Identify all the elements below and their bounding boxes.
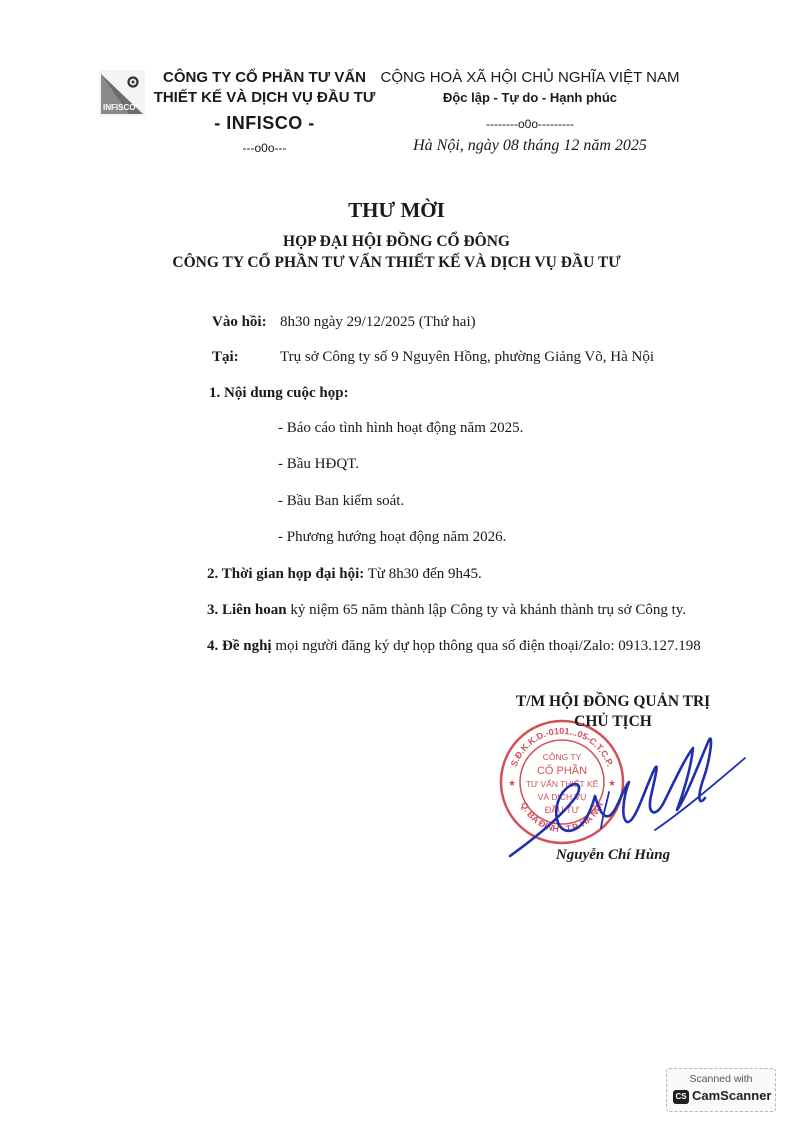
- signer-name: Nguyễn Chí Hùng: [498, 847, 728, 864]
- meeting-time-label: Vào hồi:: [212, 314, 280, 331]
- meeting-place-row: Tại:Trụ sở Công ty số 9 Nguyên Hồng, phư…: [212, 349, 654, 366]
- left-separator: ---o0o---: [147, 141, 382, 155]
- section-meeting-duration-label: 2. Thời gian họp đại hội:: [207, 566, 364, 582]
- section-registration-label: 4. Đề nghị: [207, 638, 272, 654]
- meeting-place-value: Trụ sở Công ty số 9 Nguyên Hồng, phường …: [280, 349, 654, 365]
- signatory-role: T/M HỘI ĐỒNG QUẢN TRỊ: [498, 693, 728, 711]
- section-meeting-duration-text: Từ 8h30 đến 9h45.: [364, 566, 481, 582]
- section-registration-text: mọi người đăng ký dự họp thông qua số đi…: [272, 638, 701, 654]
- section-agenda-heading: 1. Nội dung cuộc họp:: [209, 385, 349, 402]
- agenda-item: - Bầu HĐQT.: [278, 456, 359, 473]
- camscanner-logo-icon: CS: [673, 1090, 689, 1104]
- document-title: THƯ MỜI: [0, 198, 793, 223]
- national-title: CỘNG HOÀ XÃ HỘI CHỦ NGHĨA VIỆT NAM: [380, 69, 680, 86]
- camscanner-app-name: CamScanner: [692, 1088, 771, 1103]
- agenda-item: - Báo cáo tình hình hoạt động năm 2025.: [278, 420, 523, 437]
- svg-text:INFISCO: INFISCO: [103, 103, 135, 112]
- scanned-with-label: Scanned with: [667, 1073, 775, 1085]
- place-date: Hà Nội, ngày 08 tháng 12 năm 2025: [380, 137, 680, 155]
- company-short-name: - INFISCO -: [147, 113, 382, 134]
- handwritten-signature: [505, 718, 750, 863]
- agenda-item: - Phương hướng hoạt động năm 2026.: [278, 529, 506, 546]
- meeting-time-value: 8h30 ngày 29/12/2025 (Thứ hai): [280, 314, 476, 330]
- camscanner-watermark: Scanned with CS CamScanner: [666, 1068, 776, 1112]
- document-subtitle-2: CÔNG TY CỔ PHẦN TƯ VẤN THIẾT KẾ VÀ DỊCH …: [0, 254, 793, 272]
- section-celebration-text: kỷ niệm 65 năm thành lập Công ty và khán…: [287, 602, 686, 618]
- section-meeting-duration: 2. Thời gian họp đại hội: Từ 8h30 đến 9h…: [207, 566, 482, 583]
- national-motto: Độc lập - Tự do - Hạnh phúc: [380, 90, 680, 105]
- agenda-item: - Bầu Ban kiểm soát.: [278, 493, 404, 510]
- document-subtitle-1: HỌP ĐẠI HỘI ĐỒNG CỔ ĐÔNG: [0, 233, 793, 251]
- section-celebration: 3. Liên hoan kỷ niệm 65 năm thành lập Cô…: [207, 602, 686, 619]
- section-celebration-label: 3. Liên hoan: [207, 602, 287, 618]
- infisco-logo-icon: INFISCO: [99, 70, 145, 116]
- section-registration: 4. Đề nghị mọi người đăng ký dự họp thôn…: [207, 638, 701, 655]
- company-name-line1: CÔNG TY CỔ PHẦN TƯ VẤN: [147, 69, 382, 86]
- right-separator: --------o0o---------: [380, 117, 680, 131]
- company-name-line2: THIẾT KẾ VÀ DỊCH VỤ ĐẦU TƯ: [147, 89, 382, 106]
- meeting-time-row: Vào hồi:8h30 ngày 29/12/2025 (Thứ hai): [212, 314, 476, 331]
- meeting-place-label: Tại:: [212, 349, 280, 366]
